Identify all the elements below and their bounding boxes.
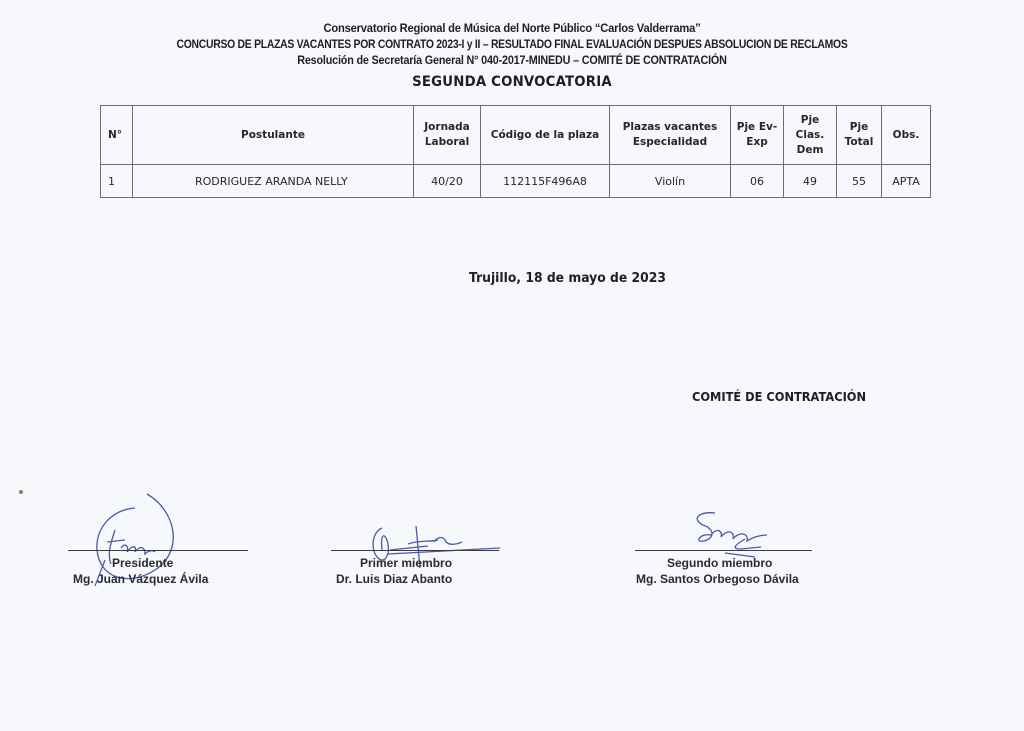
row-number: 1 xyxy=(101,165,133,198)
committee-title: COMITÉ DE CONTRATACIÓN xyxy=(692,390,866,404)
contest-title: CONCURSO DE PLAZAS VACANTES POR CONTRATO… xyxy=(69,37,955,51)
resolution-line: Resolución de Secretaría General N° 040-… xyxy=(51,53,973,67)
table-row: 1RODRIGUEZ ARANDA NELLY40/20112115F496A8… xyxy=(101,165,931,198)
column-header-text: Pje Ev- xyxy=(737,121,777,133)
signatory-role: Presidente xyxy=(112,556,173,570)
column-header-text: Pje xyxy=(850,121,868,133)
results-table: N°PostulanteJornadaLaboralCódigo de la p… xyxy=(100,105,931,198)
column-header: N° xyxy=(101,106,133,165)
table-header-row: N°PostulanteJornadaLaboralCódigo de la p… xyxy=(101,106,931,165)
applicant-name: RODRIGUEZ ARANDA NELLY xyxy=(133,165,414,198)
column-header-text: Exp xyxy=(746,136,767,148)
specialty: Violín xyxy=(610,165,731,198)
column-header-text: Pje xyxy=(801,114,819,126)
signature-line xyxy=(331,550,499,551)
column-header-text: Postulante xyxy=(241,129,305,141)
convocatoria-title: SEGUNDA CONVOCATORIA xyxy=(26,74,999,90)
score-total: 55 xyxy=(837,165,882,198)
score-clas-dem: 49 xyxy=(784,165,837,198)
column-header-text: Laboral xyxy=(425,136,469,148)
column-header: Pje Ev-Exp xyxy=(731,106,784,165)
signatory-name: Dr. Luis Diaz Abanto xyxy=(336,572,452,586)
date-line: Trujillo, 18 de mayo de 2023 xyxy=(469,271,666,286)
signature-line xyxy=(68,550,248,551)
column-header-text: Obs. xyxy=(893,129,920,141)
work-schedule: 40/20 xyxy=(414,165,481,198)
column-header: Código de la plaza xyxy=(481,106,610,165)
column-header: JornadaLaboral xyxy=(414,106,481,165)
column-header: Obs. xyxy=(882,106,931,165)
column-header-text: Dem xyxy=(797,144,824,156)
signatory-role: Segundo miembro xyxy=(667,556,772,570)
column-header-text: Jornada xyxy=(424,121,469,133)
column-header-text: Plazas vacantes xyxy=(623,121,718,133)
column-header-text: Código de la plaza xyxy=(491,129,599,141)
column-header-text: N° xyxy=(108,129,122,141)
signatory-role: Primer miembro xyxy=(360,556,452,570)
column-header: PjeClas.Dem xyxy=(784,106,837,165)
scan-speck xyxy=(19,490,23,494)
signature-line xyxy=(635,550,812,551)
column-header-text: Especialidad xyxy=(633,136,707,148)
column-header: Postulante xyxy=(133,106,414,165)
signatory-name: Mg. Juan Vázquez Ávila xyxy=(73,572,208,586)
column-header: PjeTotal xyxy=(837,106,882,165)
column-header-text: Clas. xyxy=(796,129,825,141)
signatory-name: Mg. Santos Orbegoso Dávila xyxy=(636,572,799,586)
position-code: 112115F496A8 xyxy=(481,165,610,198)
column-header: Plazas vacantesEspecialidad xyxy=(610,106,731,165)
institution-name: Conservatorio Regional de Música del Nor… xyxy=(36,21,988,35)
score-ev-exp: 06 xyxy=(731,165,784,198)
observation: APTA xyxy=(882,165,931,198)
column-header-text: Total xyxy=(845,136,874,148)
